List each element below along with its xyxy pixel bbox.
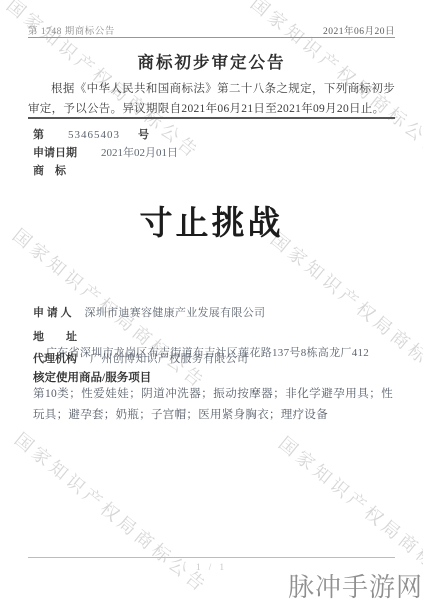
applicant-row: 申 请 人深圳市迪赛容健康产业发展有限公司 (33, 304, 395, 320)
header-rule (28, 37, 395, 38)
registration-number-row: 第53465403号 (33, 126, 149, 142)
gazette-date: 2021年06月20日 (323, 23, 395, 37)
site-watermark: 脉冲手游网 (288, 567, 423, 600)
agency-row: 代理机构广州创博知识产权服务有限公司 (33, 350, 395, 366)
gazette-page: 国家知识产权局商标公告 国家知识产权局商标公告 国家知识产权局商标公告 国家知识… (0, 0, 423, 600)
address-label: 地 址 (33, 328, 77, 344)
section-rule (28, 117, 395, 119)
goods-section-heading: 核定使用商品/服务项目 (33, 369, 151, 385)
trademark-label-row: 商 标 (33, 162, 66, 178)
applicant-name: 深圳市迪赛容健康产业发展有限公司 (85, 304, 266, 320)
gazette-issue-number: 第 1748 期商标公告 (28, 23, 115, 37)
trademark-name: 寸止挑战 (0, 197, 423, 244)
reg-prefix-label: 第 (33, 129, 44, 141)
application-date-row: 申请日期2021年02月01日 (33, 144, 178, 160)
applicant-label: 申 请 人 (33, 304, 72, 320)
diagonal-watermark: 国家知识产权局商标公告 (10, 426, 214, 599)
goods-list: 第10类；性爱娃娃；阴道冲洗器；振动按摩器；非化学避孕用具；性玩具；避孕套；奶瓶… (33, 384, 393, 425)
page-title: 商标初步审定公告 (0, 49, 423, 73)
agency-label: 代理机构 (33, 350, 77, 366)
application-date-label: 申请日期 (33, 147, 77, 159)
trademark-label: 商 标 (33, 165, 66, 177)
reg-suffix-label: 号 (138, 129, 149, 141)
agency-name: 广州创博知识产权服务有限公司 (90, 350, 248, 366)
application-date-value: 2021年02月01日 (101, 144, 178, 160)
footer-rule (28, 557, 395, 558)
intro-paragraph: 根据《中华人民共和国商标法》第二十八条之规定，下列商标初步审定，予以公告。异议期… (28, 79, 395, 120)
registration-number: 53465403 (68, 129, 120, 141)
